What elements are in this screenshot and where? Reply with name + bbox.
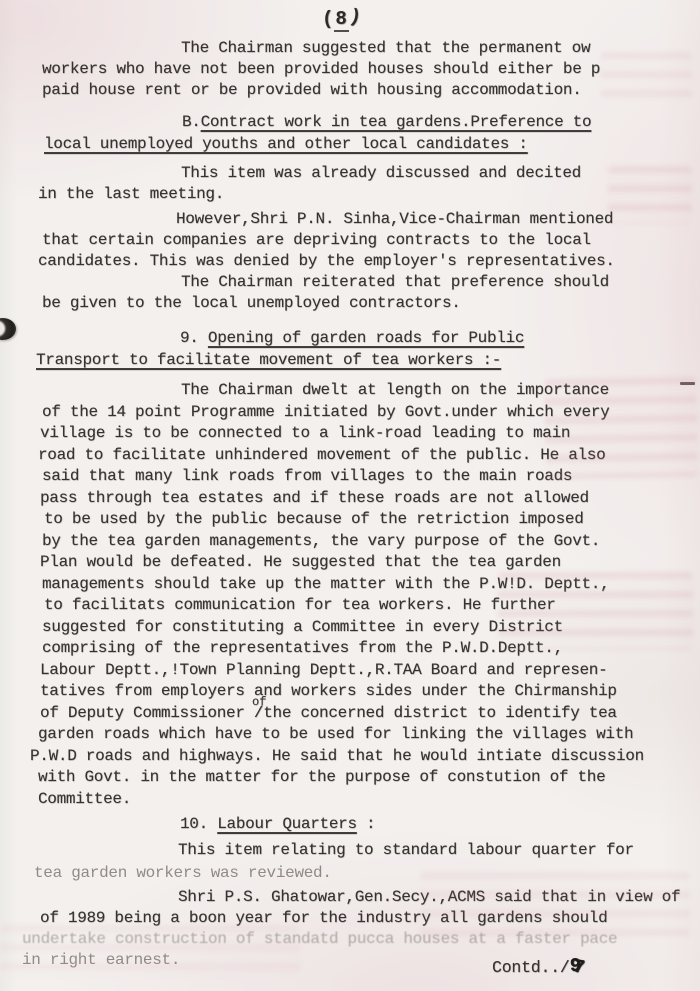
heading-line: 9. Opening of garden roads for Public: [180, 328, 524, 348]
heading-line: local unemployed youths and other local …: [44, 134, 528, 154]
text-line: garden roads which have to be used for l…: [38, 724, 633, 744]
text-line: said that many link roads from villages …: [42, 466, 572, 486]
page-number-close-paren: ): [347, 5, 364, 29]
text-line: undertake construction of standatd pucca…: [22, 929, 617, 949]
text-line: by the tea garden managements, the vary …: [42, 531, 600, 551]
text-line: paid house rent or be provided with hous…: [42, 80, 582, 100]
contd-footer: Contd../97: [492, 957, 590, 977]
page-number-open-paren: (: [322, 8, 334, 30]
text-line: with Govt. in the matter for the purpose…: [38, 767, 605, 787]
page-number: (8): [322, 8, 361, 30]
text-line: workers who have not been provided house…: [42, 59, 600, 79]
text-line: This item relating to standard labour qu…: [178, 840, 634, 860]
text-line: suggested for constituting a Committee i…: [42, 617, 563, 637]
contd-slash: /: [560, 958, 570, 977]
text-line: Shri P.S. Ghatowar,Gen.Secy.,ACMS said t…: [178, 887, 680, 907]
heading-line: 10. Labour Quarters :: [180, 814, 375, 834]
punch-hole-mark: [0, 318, 16, 340]
text-line: This item was already discussed and deci…: [181, 163, 581, 183]
text-line: be given to the local unemployed contrac…: [42, 293, 461, 313]
text-line: in the last meeting.: [38, 184, 224, 204]
text-line: comprising of the representatives from t…: [42, 638, 563, 658]
text-line: tatives from employers and workers sides…: [40, 681, 617, 701]
text-line: road to facilitate unhindered movement o…: [38, 445, 605, 465]
page-number-digit: 8: [334, 8, 348, 32]
text-line: in right earnest.: [22, 950, 180, 970]
margin-dash-mark: [680, 382, 695, 385]
text-line: The Chairman dwelt at length on the impo…: [181, 380, 609, 400]
text-line: of Deputy Commissioner /the concerned di…: [40, 703, 617, 723]
text-line: Labour Deptt.,!Town Planning Deptt.,R.TA…: [40, 660, 607, 680]
text-line: Plan would be defeated. He suggested tha…: [40, 552, 561, 572]
text-line: to facilitats communication for tea work…: [44, 595, 556, 615]
text-line: of 1989 being a boon year for the indust…: [40, 908, 607, 928]
text-line: The Chairman suggested that the permanen…: [181, 38, 590, 58]
text-line: tea garden workers was reviewed.: [34, 863, 332, 883]
text-line: to be used by the public because of the …: [44, 509, 584, 529]
text-line: The Chairman reiterated that preference …: [181, 272, 609, 292]
heading-line: B.Contract work in tea gardens.Preferenc…: [182, 112, 591, 132]
text-line: managements should take up the matter wi…: [42, 574, 609, 594]
overstruck-page-digit: 97: [570, 957, 590, 977]
scanned-document-page: (8) The Chairman suggested that the perm…: [0, 0, 700, 991]
text-line: of the 14 point Programme initiated by G…: [42, 402, 609, 422]
text-line: pass through tea estates and if these ro…: [40, 488, 589, 508]
text-line: candidates. This was denied by the emplo…: [38, 251, 615, 271]
text-line: Committee.: [38, 789, 131, 809]
text-line: that certain companies are depriving con…: [42, 230, 591, 250]
ink-bleedthrough-smudge: [600, 52, 692, 100]
text-line: village is to be connected to a link-roa…: [40, 423, 570, 443]
text-line: P.W.D roads and highways. He said that h…: [30, 746, 644, 766]
contd-label: Contd..: [492, 958, 560, 977]
heading-line: Transport to facilitate movement of tea …: [36, 350, 501, 370]
text-line: However,Shri P.N. Sinha,Vice-Chairman me…: [176, 209, 613, 229]
ink-bleedthrough-smudge: [608, 166, 692, 224]
